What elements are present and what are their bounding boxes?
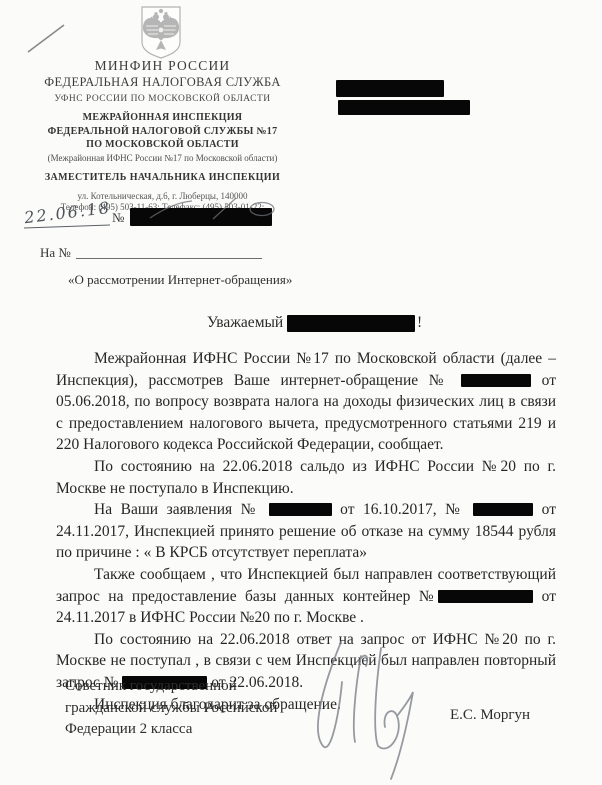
handwritten-signature (303, 634, 448, 782)
coat-of-arms-eagle-icon (137, 5, 185, 61)
greeting-prefix: Уважаемый (207, 314, 283, 332)
pen-mark-icon (24, 18, 70, 60)
signer-name: Е.С. Моргун (450, 707, 530, 724)
redaction-box-appeal-number (461, 374, 531, 387)
pen-strokes-over-number (120, 192, 310, 236)
redaction-box-application-number-2 (473, 503, 533, 516)
paragraph-3-text-b: от 16.10.2017, № (332, 501, 474, 518)
incoming-number-label: На № (40, 245, 71, 261)
regional-department: УФНС РОССИИ ПО МОСКОВСКОЙ ОБЛАСТИ (15, 94, 310, 104)
paragraph-1: Межрайонная ИФНС России №17 по Московско… (56, 348, 556, 456)
signer-position-title: ЗАМЕСТИТЕЛЬ НАЧАЛЬНИКА ИНСПЕКЦИИ (15, 172, 310, 183)
signer-rank-line1: Советник государственной (65, 676, 277, 698)
paragraph-4: Также сообщаем , что Инспекцией был напр… (56, 564, 556, 629)
incoming-number-underline (76, 258, 262, 259)
signer-rank-block: Советник государственной гражданской слу… (65, 676, 277, 741)
subject-line: «О рассмотрении Интернет-обращения» (68, 272, 292, 288)
greeting-suffix: ! (417, 314, 422, 332)
scanned-letter-page: { "letterhead": { "ministry": "МИНФИН РО… (0, 0, 602, 785)
paragraph-2: По состоянию на 22.06.2018 сальдо из ИФН… (56, 456, 556, 499)
redaction-box-addressee-name (287, 315, 415, 332)
redaction-box-application-number-1 (269, 503, 332, 516)
ministry-name: МИНФИН РОССИИ (15, 58, 310, 74)
service-name: ФЕДЕРАЛЬНАЯ НАЛОГОВАЯ СЛУЖБА (15, 75, 310, 90)
signer-rank-line2: гражданской службы Российской (65, 698, 277, 720)
inspection-name-line3: ПО МОСКОВСКОЙ ОБЛАСТИ (15, 139, 310, 150)
paragraph-3: На Ваши заявления № от 16.10.2017, № от … (56, 499, 556, 564)
paragraph-3-text-a: На Ваши заявления № (94, 501, 269, 518)
inspection-name-line1: МЕЖРАЙОННАЯ ИНСПЕКЦИЯ (15, 112, 310, 123)
redaction-box (336, 80, 444, 97)
signer-rank-line3: Федерации 2 класса (65, 719, 277, 741)
redaction-box (338, 100, 470, 115)
inspection-name-line2: ФЕДЕРАЛЬНОЙ НАЛОГОВОЙ СЛУЖБЫ №17 (15, 126, 310, 137)
redaction-box-container-number (438, 590, 533, 603)
inspection-short-name: (Межрайонная ИФНС России №17 по Московск… (15, 153, 310, 163)
